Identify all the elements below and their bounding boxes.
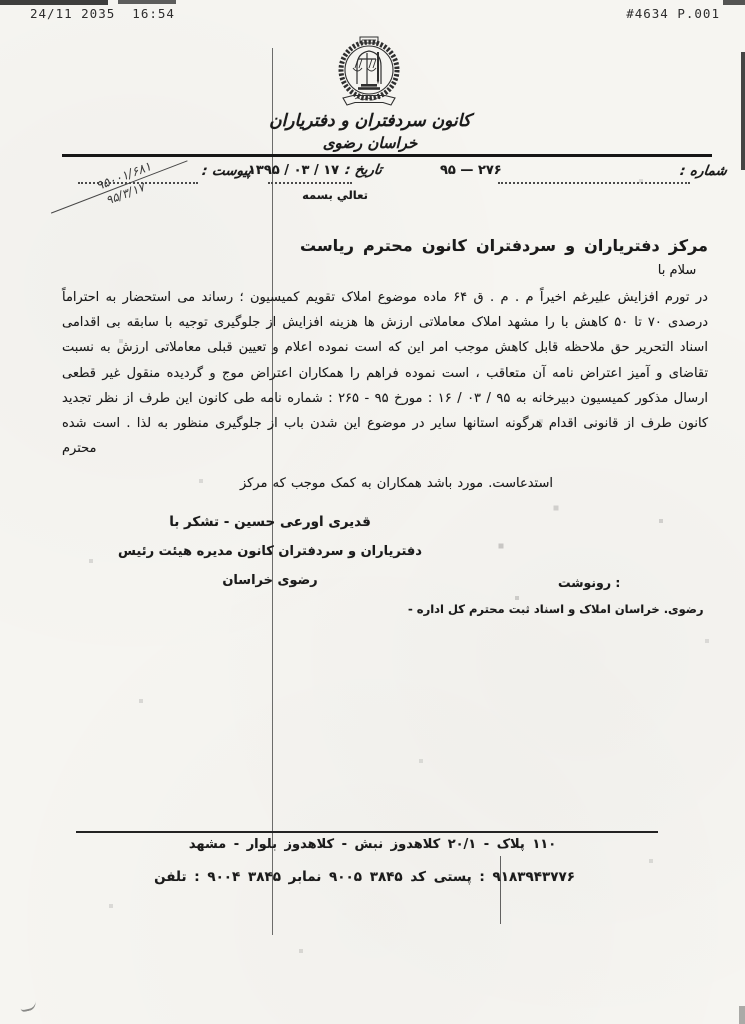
field-value-number: ۹۵ — ۲۷۶ [440, 163, 502, 178]
footer-contact: تلفن : ۹۰۰۴ ۳۸۴۵ نمابر ۹۰۰۵ ۳۸۴۵ کد پستی… [0, 869, 737, 885]
footer-divider-rule [76, 831, 658, 833]
footer-address: مشهد - بلوار کلاهدوز - نبش کلاهدوز ۲۰/۱ … [0, 837, 745, 852]
fax-feed-line-artifact-footer [500, 856, 501, 924]
justice-scales-emblem-icon [325, 36, 413, 118]
signature-closing: با تشکر - حسین اورعی قدیری [105, 508, 435, 537]
scan-smear-top-right [723, 0, 745, 5]
body-line: شده است . لذا به منظور جلوگیری از باب شد… [62, 411, 708, 461]
body-line: نسبت به ارزش معاملاتی قبلی تعیین و اعلام… [62, 335, 708, 360]
letter-body: احتراماً به استحضار می رساند ؛ کمیسیون ت… [62, 285, 708, 497]
salutation: با سلام [646, 263, 708, 278]
besmellah-heading: بسمه تعالي [293, 188, 377, 202]
scan-noise-speckles [0, 0, 2, 2]
field-dots-number [498, 170, 690, 184]
body-line-last: مرکز که موجب کمک به همکاران باشد مورد اس… [62, 471, 708, 496]
cc-item: - اداره کل محترم ثبت اسناد و املاک خراسا… [408, 602, 704, 616]
handwritten-registry-note: ۹۵۰۰۱/۶۸۱ ۹۵/۳/۱۷ [55, 147, 190, 224]
field-value-date: ۱۳۹۵ / ۰۳ / ۱۷ [248, 163, 339, 178]
cc-label: رونوشت : [558, 575, 620, 590]
signature-block: با تشکر - حسین اورعی قدیری رئیس هیئت مدی… [105, 508, 435, 595]
org-region: خراسان رضوی [262, 134, 478, 152]
scan-mark-bottom-left [19, 998, 37, 1012]
scan-edge-mark-right [741, 52, 745, 170]
scan-smear-top-left [0, 0, 108, 5]
fax-page-id: #4634 P.001 [626, 6, 720, 21]
fax-timestamp: 24/11 2035 16:54 [30, 6, 175, 21]
org-name: کانون سردفتران و دفتریاران [262, 111, 478, 131]
scanned-letter-page: 24/11 2035 16:54 #4634 P.001 [0, 0, 745, 1024]
body-line: احتراماً به استحضار می رساند ؛ کمیسیون ت… [62, 285, 708, 310]
scan-smear-top-left-2 [118, 0, 176, 4]
field-label-attachment: پیوست : [201, 163, 253, 179]
recipient-title: ریاست محترم کانون سردفتران و دفتریاران م… [300, 236, 708, 255]
body-line: قطعی غیر منقول گردیده و موج اعتراض همکار… [62, 361, 708, 386]
body-line: اقدامی بی سابقه با توجیه جلوگیری از افزا… [62, 310, 708, 335]
signatory-title: رئیس هیئت مدیره کانون سردفتران و دفتریار… [105, 537, 435, 595]
body-line: تجدید نظر از طرف این کانون طی نامه شماره… [62, 386, 708, 411]
scan-mark-bottom-right [739, 1006, 745, 1024]
